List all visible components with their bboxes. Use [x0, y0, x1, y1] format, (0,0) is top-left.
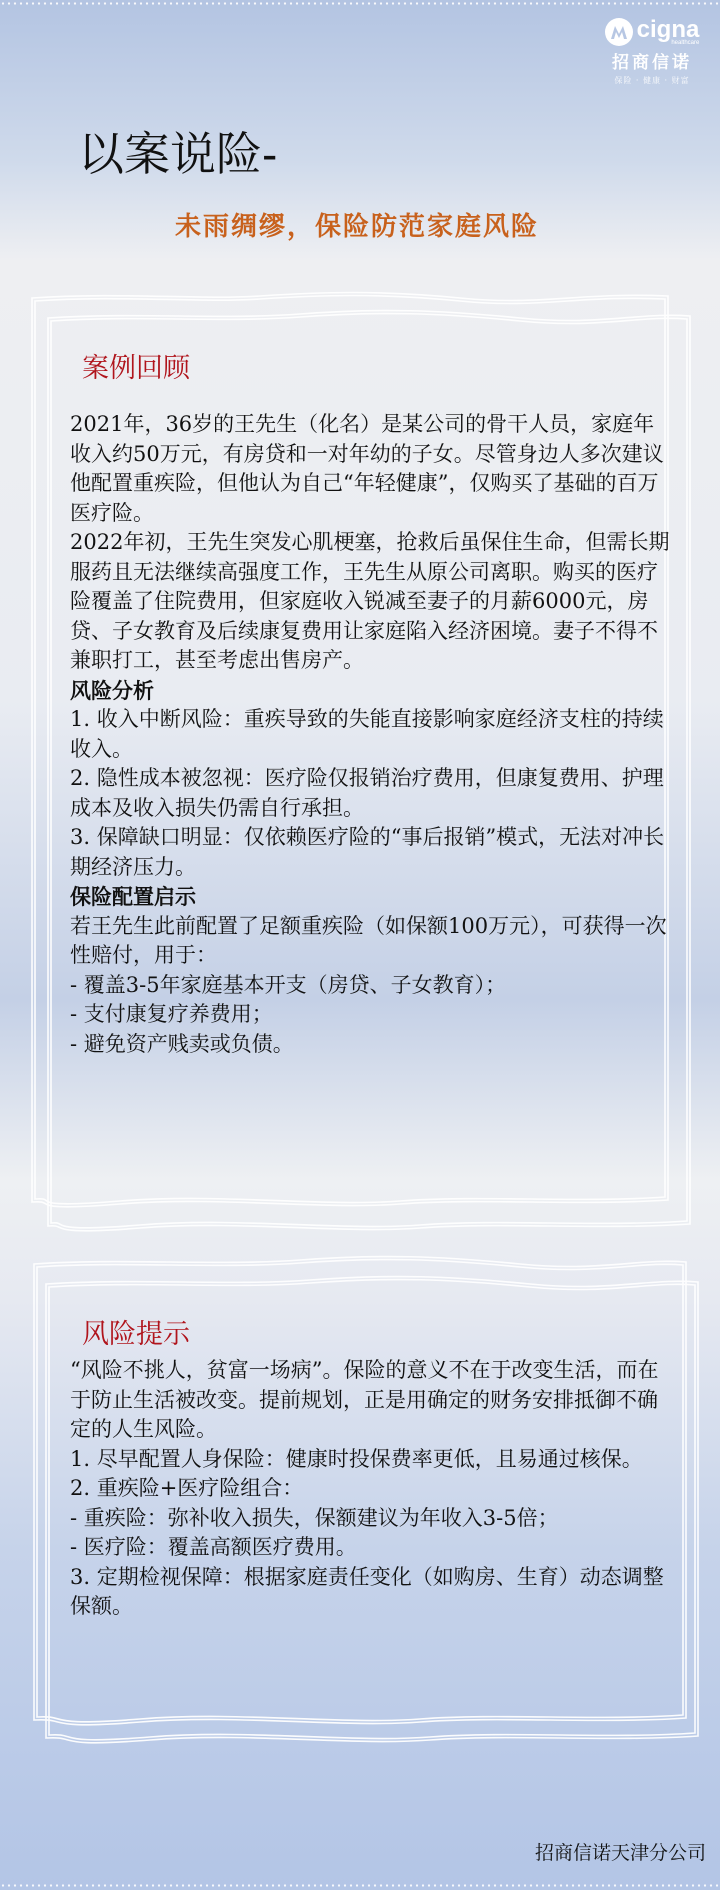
bottom-dotted-border	[0, 1884, 720, 1887]
risk-tips-heading: 风险提示	[82, 1312, 190, 1351]
risk-analysis-item: 2. 隐性成本被忽视：医疗险仅报销治疗费用，但康复费用、护理成本及收入损失仍需自…	[70, 764, 670, 823]
risk-tips-intro: “风险不挑人，贫富一场病”。保险的意义不在于改变生活，而在于防止生活被改变。提前…	[70, 1356, 670, 1445]
risk-tip-item: 1. 尽早配置人身保险：健康时投保费率更低，且易通过核保。	[70, 1445, 670, 1475]
insurance-insight-heading: 保险配置启示	[70, 882, 670, 912]
insurance-insight-intro: 若王先生此前配置了足额重疾险（如保额100万元），可获得一次性赔付，用于：	[70, 912, 670, 971]
insurance-insight-item: - 覆盖3-5年家庭基本开支（房贷、子女教育）；	[70, 971, 670, 1001]
risk-tip-item: - 医疗险：覆盖高额医疗费用。	[70, 1533, 670, 1563]
risk-tip-item: - 重疾险：弥补收入损失，保额建议为年收入3-5倍；	[70, 1504, 670, 1534]
insurance-insight-item: - 避免资产贱卖或负债。	[70, 1030, 670, 1060]
risk-analysis-item: 3. 保障缺口明显：仅依赖医疗险的“事后报销”模式，无法对冲长期经济压力。	[70, 823, 670, 882]
risk-analysis-heading: 风险分析	[70, 676, 670, 706]
insurance-insight-item: - 支付康复疗养费用；	[70, 1000, 670, 1030]
case-paragraph: 2021年，36岁的王先生（化名）是某公司的骨干人员，家庭年收入约50万元，有房…	[70, 410, 670, 528]
case-review-heading: 案例回顾	[82, 346, 190, 385]
risk-tips-body: “风险不挑人，贫富一场病”。保险的意义不在于改变生活，而在于防止生活被改变。提前…	[70, 1356, 670, 1622]
case-paragraph: 2022年初，王先生突发心肌梗塞，抢救后虽保住生命，但需长期服药且无法继续高强度…	[70, 528, 670, 676]
risk-tip-item: 3. 定期检视保障：根据家庭责任变化（如购房、生育）动态调整保额。	[70, 1563, 670, 1622]
risk-analysis-item: 1. 收入中断风险：重疾导致的失能直接影响家庭经济支柱的持续收入。	[70, 705, 670, 764]
footer-company-name: 招商信诺天津分公司	[535, 1838, 706, 1865]
risk-tip-item: 2. 重疾险+医疗险组合：	[70, 1474, 670, 1504]
case-review-body: 2021年，36岁的王先生（化名）是某公司的骨干人员，家庭年收入约50万元，有房…	[70, 410, 670, 1059]
